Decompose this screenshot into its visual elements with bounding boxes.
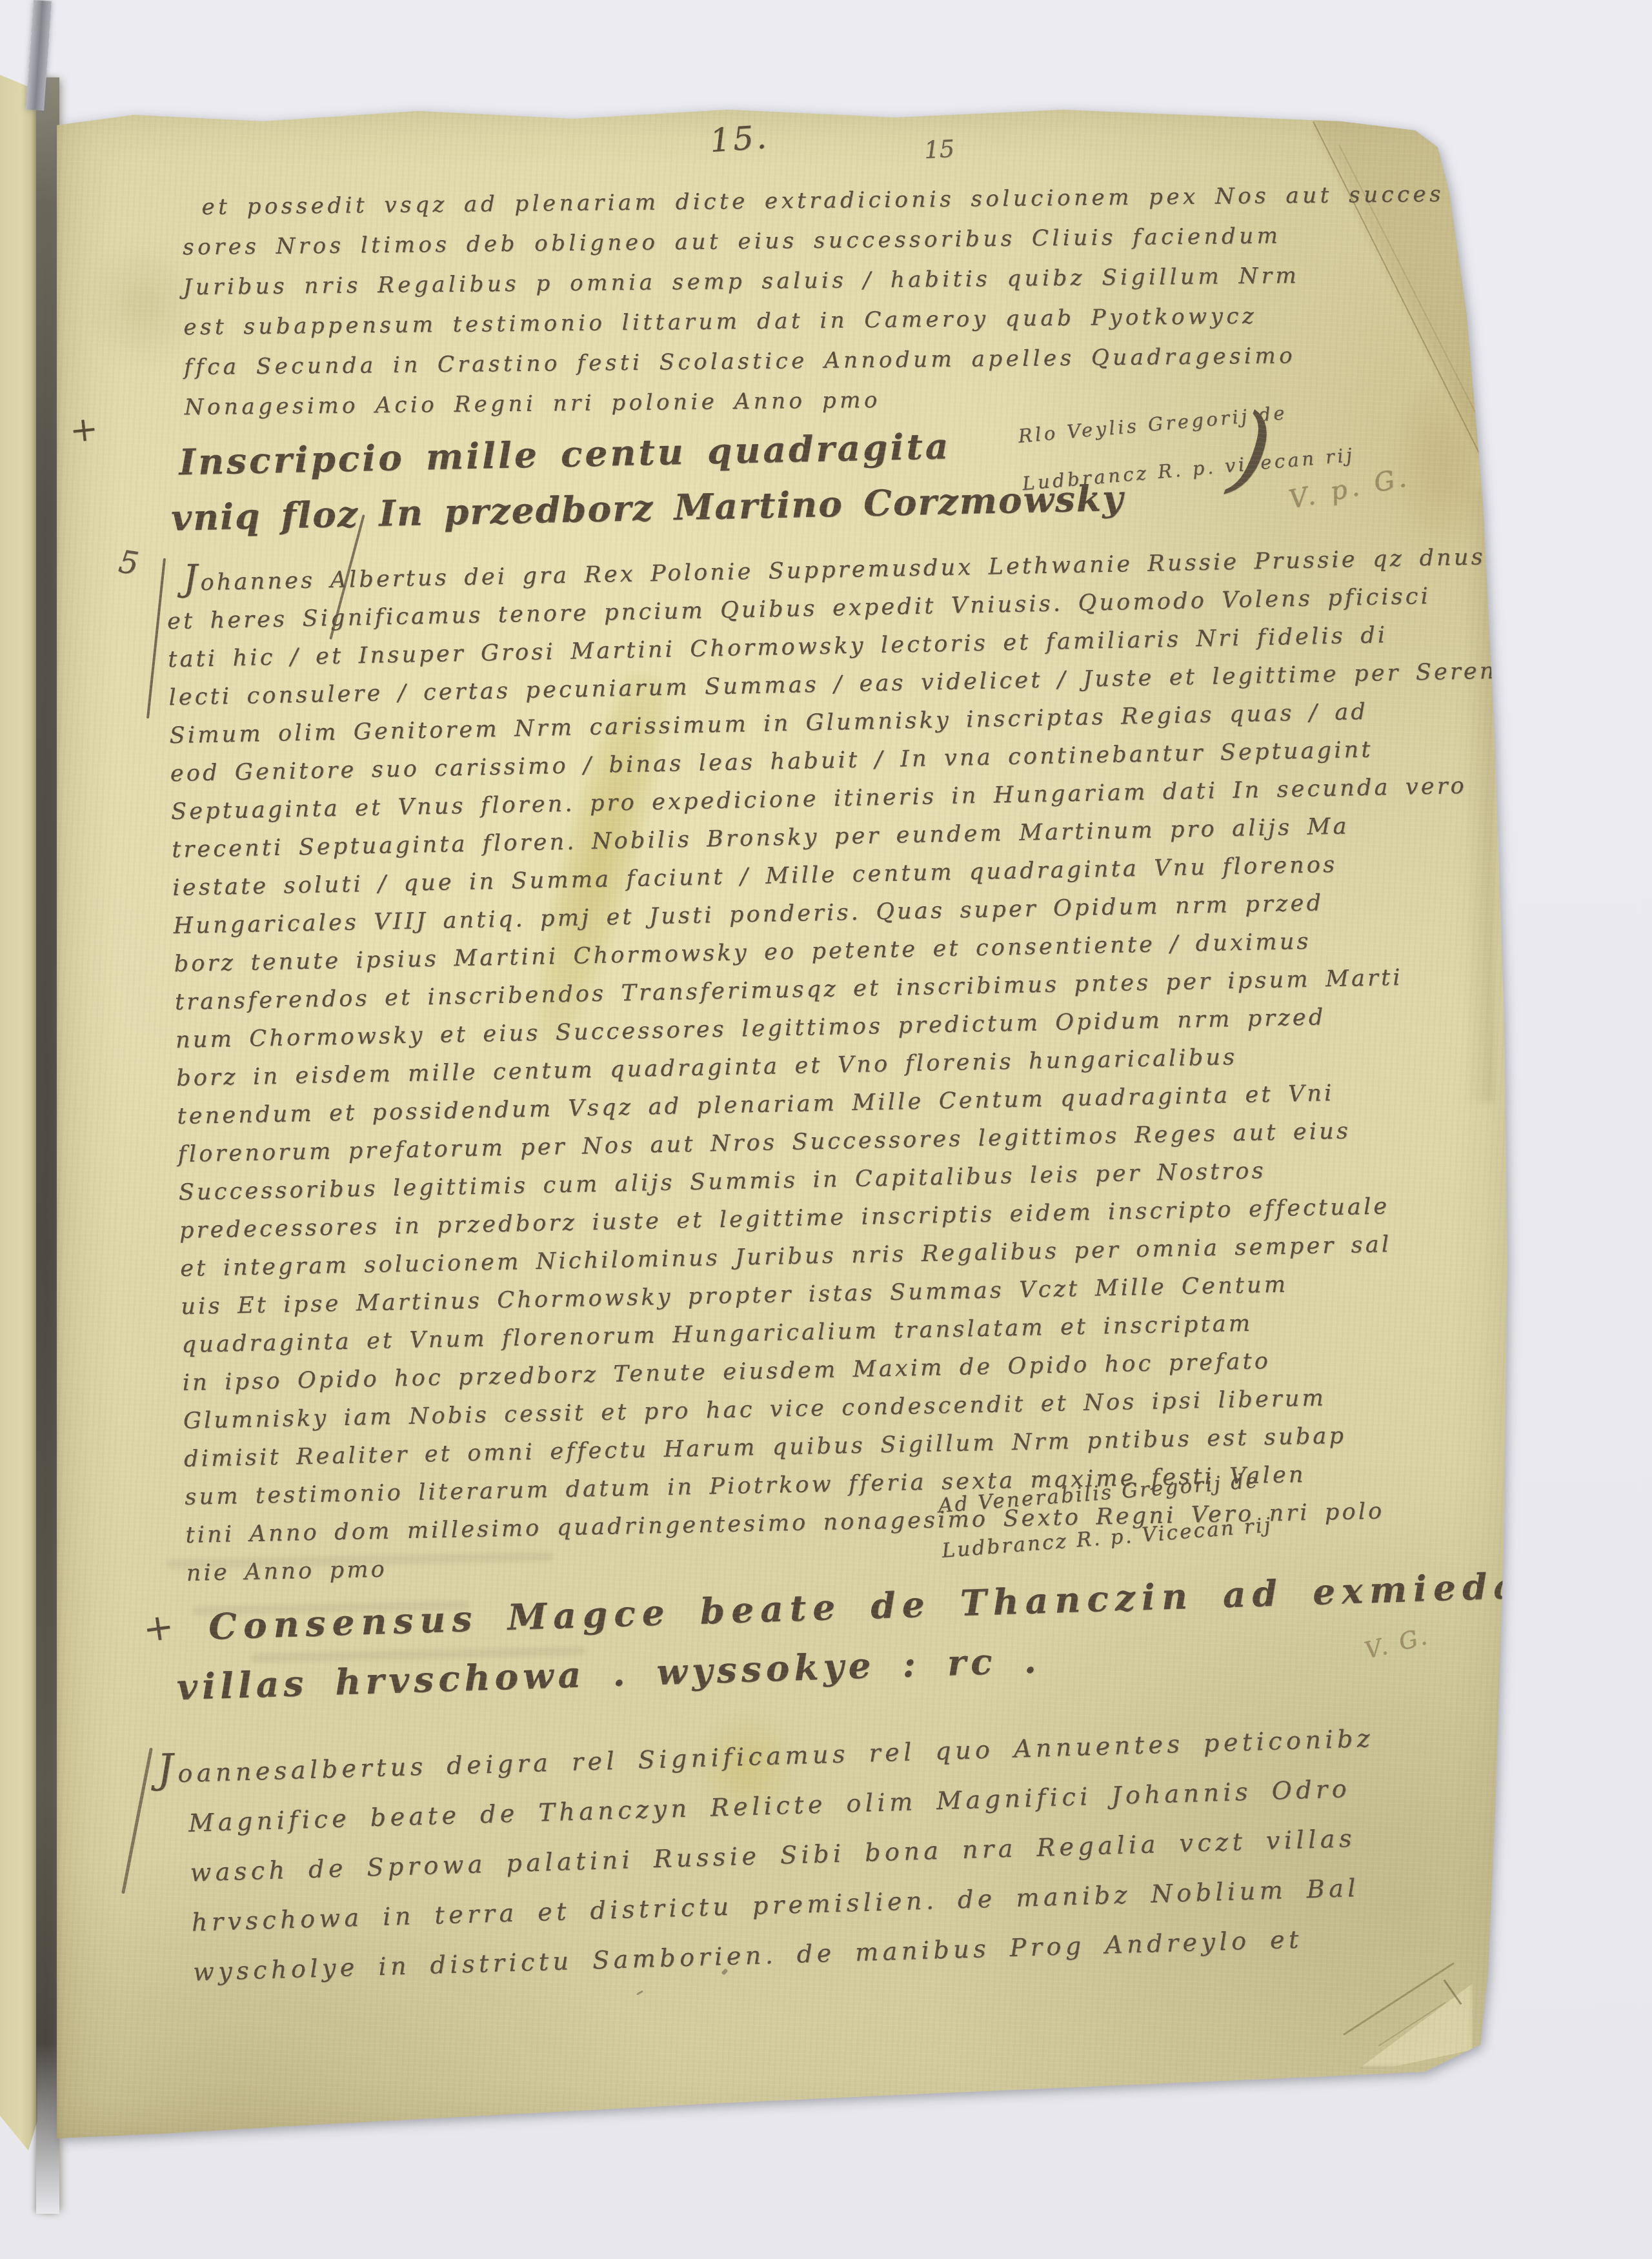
initial-flourish-stroke <box>121 1748 153 1894</box>
paragraph-mark: 5 <box>116 543 141 582</box>
manuscript-page-wrap: 15. 15 et possedit vsqz ad plenariam dic… <box>57 102 1516 2142</box>
underlying-page-edge <box>0 68 37 2151</box>
entry2-body-block: Joannesalbertus deigra rel Significamus … <box>157 1708 1381 1998</box>
entry1-body-block: Johannes Albertus dei gra Rex Polonie Su… <box>166 532 1539 1593</box>
manuscript-page: 15. 15 et possedit vsqz ad plenariam dic… <box>57 102 1516 2142</box>
scanned-manuscript-screenshot: { "colors": { "background": "#e9e9ee", "… <box>0 0 1652 2259</box>
folio-number-right: 15 <box>923 135 955 164</box>
entry1-heading: Inscripcio mille centu quadragita vniq f… <box>178 415 1124 546</box>
initial-descender-stroke <box>146 558 166 718</box>
margin-cross-icon: + <box>68 409 100 451</box>
previous-entry-end-block: et possedit vsqz ad plenariam dicte extr… <box>182 174 1447 427</box>
folio-number-center: 15. <box>709 118 770 159</box>
margin-cross-icon: + <box>141 1605 177 1651</box>
dog-ear-fold <box>1341 1958 1483 2074</box>
ink-speck <box>636 1990 643 1995</box>
binding-gutter <box>36 77 59 2214</box>
